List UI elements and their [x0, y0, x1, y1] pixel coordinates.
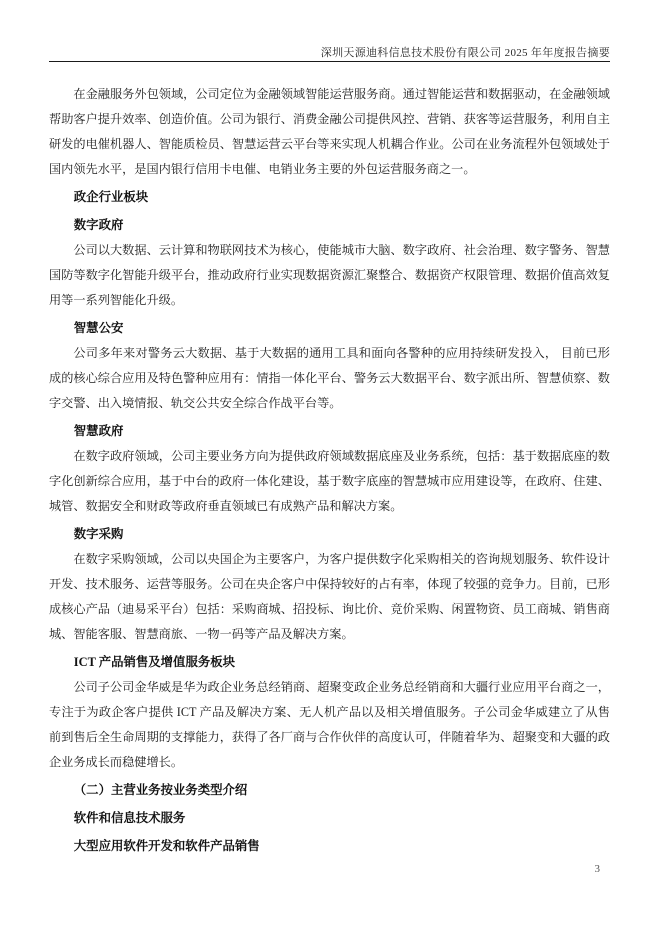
section-heading: 数字政府	[49, 213, 610, 238]
section-heading: 大型应用软件开发和软件产品销售	[49, 834, 610, 859]
section-heading: ICT 产品销售及增值服务板块	[49, 650, 610, 675]
header-rule	[49, 61, 610, 62]
body-paragraph: 公司以大数据、云计算和物联网技术为核心，使能城市大脑、数字政府、社会治理、数字警…	[49, 238, 610, 313]
section-heading: （二）主营业务按业务类型介绍	[49, 778, 610, 803]
page-header-title: 深圳天源迪科信息技术股份有限公司 2025 年年度报告摘要	[49, 44, 610, 60]
section-heading: 智慧公安	[49, 316, 610, 341]
document-body: 在金融服务外包领域，公司定位为金融领域智能运营服务商。通过智能运营和数据驱动，在…	[49, 82, 610, 859]
body-paragraph: 公司子公司金华威是华为政企业务总经销商、超聚变政企业务总经销商和大疆行业应用平台…	[49, 675, 610, 775]
section-heading: 数字采购	[49, 522, 610, 547]
section-heading: 智慧政府	[49, 419, 610, 444]
section-heading: 软件和信息技术服务	[49, 806, 610, 831]
section-heading: 政企行业板块	[49, 185, 610, 210]
page-number: 3	[595, 863, 601, 875]
body-paragraph: 在数字政府领域，公司主要业务方向为提供政府领域数据底座及业务系统，包括：基于数据…	[49, 444, 610, 519]
body-paragraph: 在金融服务外包领域，公司定位为金融领域智能运营服务商。通过智能运营和数据驱动，在…	[49, 82, 610, 182]
body-paragraph: 在数字采购领域，公司以央国企为主要客户，为客户提供数字化采购相关的咨询规划服务、…	[49, 547, 610, 647]
body-paragraph: 公司多年来对警务云大数据、基于大数据的通用工具和面向各警种的应用持续研发投入， …	[49, 341, 610, 416]
document-page: { "header": { "title": "深圳天源迪科信息技术股份有限公司…	[0, 0, 662, 936]
